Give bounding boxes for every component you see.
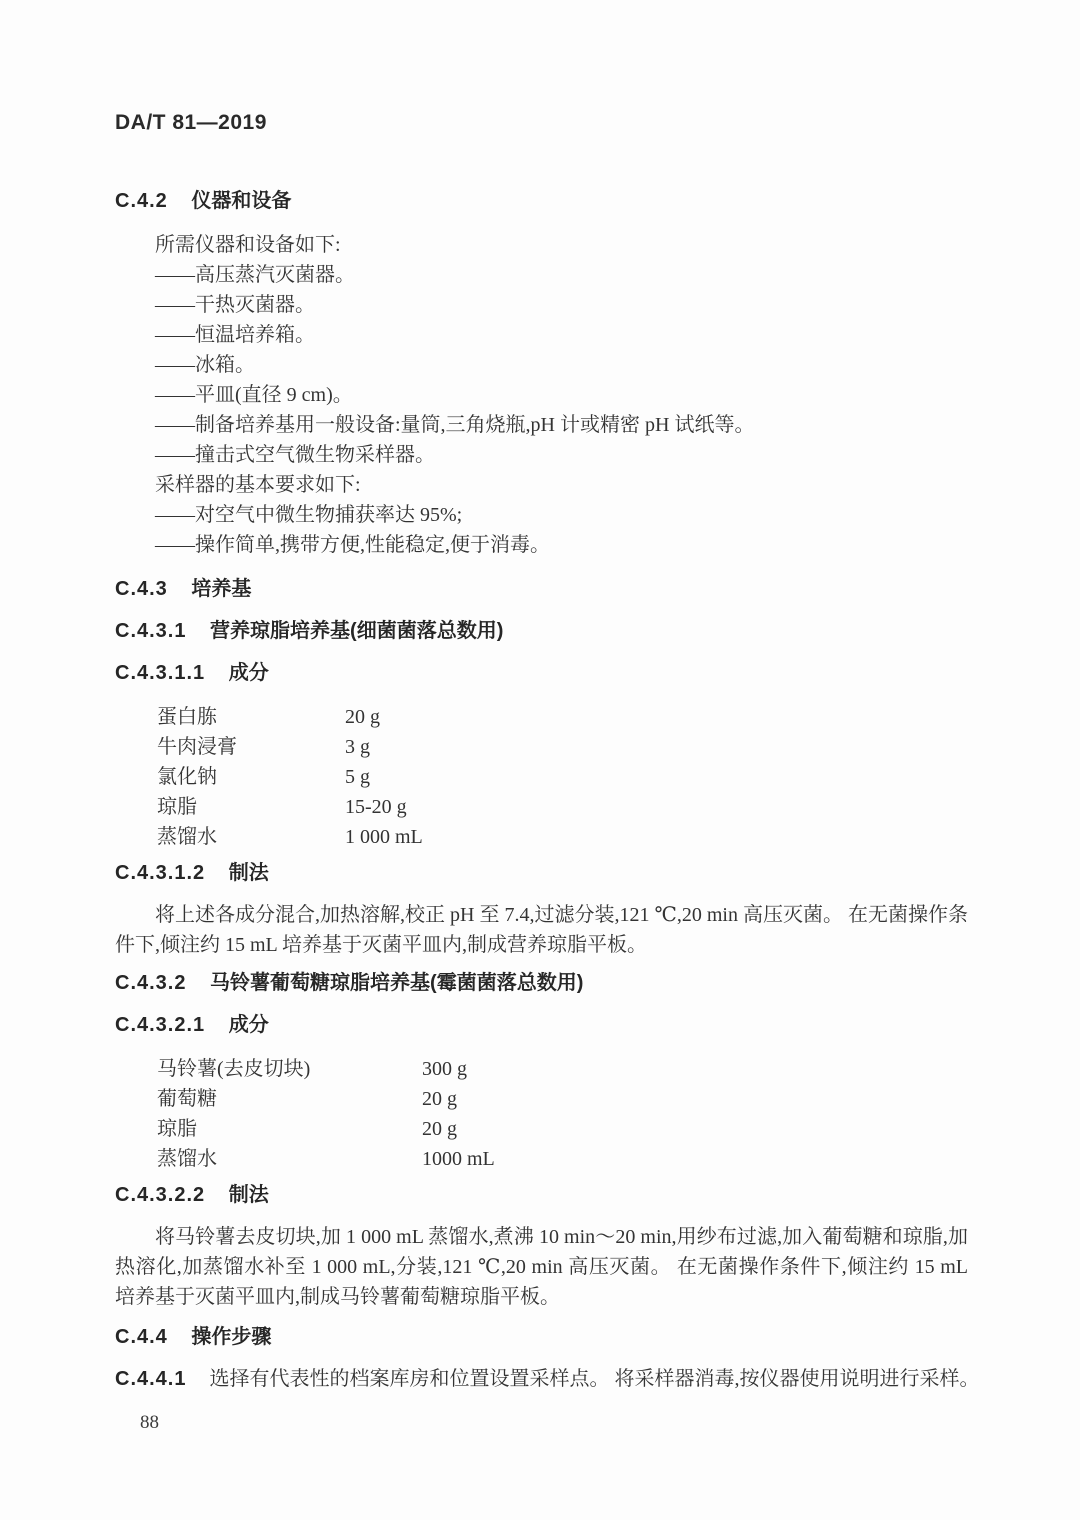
page-number: 88 bbox=[140, 1412, 968, 1434]
ingredient-name: 蛋白胨 bbox=[157, 702, 345, 732]
list-item: ——干热灭菌器。 bbox=[115, 290, 968, 320]
clause-number: C.4.4.1 bbox=[115, 1368, 186, 1390]
table-row: 蒸馏水 1000 mL bbox=[115, 1144, 968, 1174]
document-page: DA/T 81—2019 C.4.2 仪器和设备 所需仪器和设备如下: ——高压… bbox=[0, 0, 1080, 1520]
section-number: C.4.3.2.2 bbox=[115, 1184, 205, 1206]
list-item: ——对空气中微生物捕获率达 95%; bbox=[115, 500, 968, 530]
ingredient-name: 马铃薯(去皮切块) bbox=[157, 1054, 422, 1084]
ingredient-name: 牛肉浸膏 bbox=[157, 732, 345, 762]
ingredient-amount: 20 g bbox=[422, 1114, 457, 1144]
section-title: 成分 bbox=[229, 662, 269, 684]
section-number: C.4.2 bbox=[115, 190, 168, 212]
list-item: ——撞击式空气微生物采样器。 bbox=[115, 440, 968, 470]
list-item: ——冰箱。 bbox=[115, 350, 968, 380]
table-row: 琼脂 15-20 g bbox=[115, 792, 968, 822]
table-row: 牛肉浸膏 3 g bbox=[115, 732, 968, 762]
ingredient-amount: 20 g bbox=[422, 1084, 457, 1114]
section-title: 成分 bbox=[229, 1014, 269, 1036]
ingredient-amount: 1000 mL bbox=[422, 1144, 495, 1174]
ingredient-amount: 20 g bbox=[345, 702, 380, 732]
table-row: 葡萄糖 20 g bbox=[115, 1084, 968, 1114]
equipment-intro: 所需仪器和设备如下: bbox=[115, 230, 968, 260]
section-heading-c4322: C.4.3.2.2 制法 bbox=[115, 1180, 968, 1210]
clause-c441: C.4.4.1 选择有代表性的档案库房和位置设置采样点。 将采样器消毒,按仪器使… bbox=[115, 1364, 968, 1394]
section-heading-c43: C.4.3 培养基 bbox=[115, 574, 968, 604]
section-heading-c4311: C.4.3.1.1 成分 bbox=[115, 658, 968, 688]
clause-text: 选择有代表性的档案库房和位置设置采样点。 将采样器消毒,按仪器使用说明进行采样。 bbox=[209, 1368, 979, 1390]
section-title: 制法 bbox=[229, 862, 269, 884]
ingredient-amount: 5 g bbox=[345, 762, 370, 792]
list-item: ——操作简单,携带方便,性能稳定,便于消毒。 bbox=[115, 530, 968, 560]
section-number: C.4.3.2.1 bbox=[115, 1014, 205, 1036]
section-title: 培养基 bbox=[191, 578, 251, 600]
section-heading-c44: C.4.4 操作步骤 bbox=[115, 1322, 968, 1352]
ingredient-name: 琼脂 bbox=[157, 792, 345, 822]
section-number: C.4.3.1.2 bbox=[115, 862, 205, 884]
section-title: 营养琼脂培养基(细菌菌落总数用) bbox=[210, 620, 503, 642]
preparation-paragraph-nutrient-agar: 将上述各成分混合,加热溶解,校正 pH 至 7.4,过滤分装,121 ℃,20 … bbox=[115, 900, 968, 960]
ingredient-name: 氯化钠 bbox=[157, 762, 345, 792]
sampler-requirements-list: ——对空气中微生物捕获率达 95%; ——操作简单,携带方便,性能稳定,便于消毒… bbox=[115, 500, 968, 560]
table-row: 蒸馏水 1 000 mL bbox=[115, 822, 968, 852]
section-title: 制法 bbox=[229, 1184, 269, 1206]
section-heading-c431: C.4.3.1 营养琼脂培养基(细菌菌落总数用) bbox=[115, 616, 968, 646]
section-heading-c4312: C.4.3.1.2 制法 bbox=[115, 858, 968, 888]
ingredients-table-nutrient-agar: 蛋白胨 20 g 牛肉浸膏 3 g 氯化钠 5 g 琼脂 15-20 g 蒸馏水… bbox=[115, 702, 968, 852]
section-number: C.4.4 bbox=[115, 1326, 168, 1348]
ingredient-amount: 300 g bbox=[422, 1054, 467, 1084]
section-number: C.4.3.1.1 bbox=[115, 662, 205, 684]
section-number: C.4.3 bbox=[115, 578, 168, 600]
section-number: C.4.3.1 bbox=[115, 620, 186, 642]
section-title: 马铃薯葡萄糖琼脂培养基(霉菌菌落总数用) bbox=[210, 972, 583, 994]
preparation-paragraph-potato-dextrose-agar: 将马铃薯去皮切块,加 1 000 mL 蒸馏水,煮沸 10 min～20 min… bbox=[115, 1222, 968, 1312]
ingredient-amount: 15-20 g bbox=[345, 792, 407, 822]
table-row: 蛋白胨 20 g bbox=[115, 702, 968, 732]
section-title: 仪器和设备 bbox=[191, 190, 291, 212]
section-heading-c432: C.4.3.2 马铃薯葡萄糖琼脂培养基(霉菌菌落总数用) bbox=[115, 968, 968, 998]
list-item: ——高压蒸汽灭菌器。 bbox=[115, 260, 968, 290]
section-heading-c42: C.4.2 仪器和设备 bbox=[115, 186, 968, 216]
ingredient-name: 琼脂 bbox=[157, 1114, 422, 1144]
ingredient-name: 蒸馏水 bbox=[157, 822, 345, 852]
table-row: 琼脂 20 g bbox=[115, 1114, 968, 1144]
document-code: DA/T 81—2019 bbox=[115, 110, 968, 136]
table-row: 氯化钠 5 g bbox=[115, 762, 968, 792]
section-number: C.4.3.2 bbox=[115, 972, 186, 994]
ingredient-name: 蒸馏水 bbox=[157, 1144, 422, 1174]
list-item: ——制备培养基用一般设备:量筒,三角烧瓶,pH 计或精密 pH 试纸等。 bbox=[115, 410, 968, 440]
section-title: 操作步骤 bbox=[191, 1326, 271, 1348]
list-item: ——平皿(直径 9 cm)。 bbox=[115, 380, 968, 410]
table-row: 马铃薯(去皮切块) 300 g bbox=[115, 1054, 968, 1084]
equipment-list: ——高压蒸汽灭菌器。 ——干热灭菌器。 ——恒温培养箱。 ——冰箱。 ——平皿(… bbox=[115, 260, 968, 470]
ingredient-amount: 1 000 mL bbox=[345, 822, 423, 852]
ingredients-table-potato-dextrose-agar: 马铃薯(去皮切块) 300 g 葡萄糖 20 g 琼脂 20 g 蒸馏水 100… bbox=[115, 1054, 968, 1174]
sampler-requirements-intro: 采样器的基本要求如下: bbox=[115, 470, 968, 500]
ingredient-name: 葡萄糖 bbox=[157, 1084, 422, 1114]
ingredient-amount: 3 g bbox=[345, 732, 370, 762]
section-heading-c4321: C.4.3.2.1 成分 bbox=[115, 1010, 968, 1040]
list-item: ——恒温培养箱。 bbox=[115, 320, 968, 350]
